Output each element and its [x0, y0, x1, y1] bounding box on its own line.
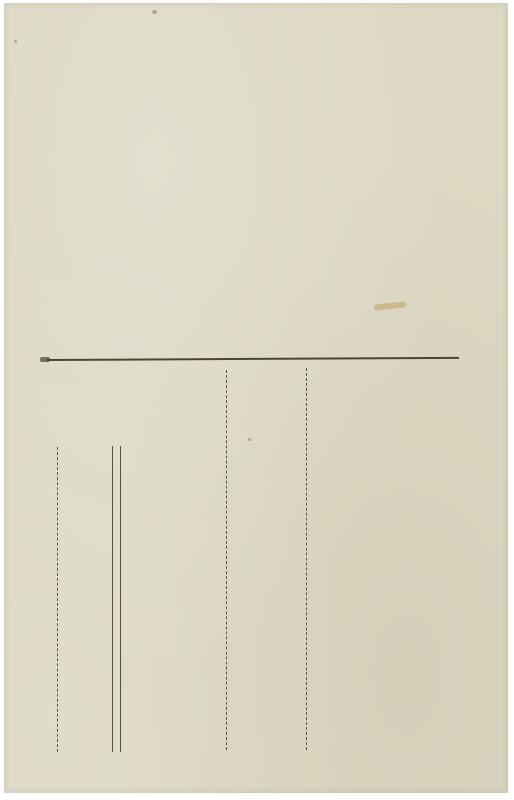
vertical-line-double-right	[120, 446, 121, 752]
vertical-line-double-left	[112, 446, 113, 752]
vertical-line-right-dashed	[306, 368, 307, 750]
paper-speck	[152, 10, 157, 14]
paper-speck	[14, 40, 17, 43]
postcard-back	[4, 3, 508, 793]
vertical-line-left-dashed	[57, 447, 58, 752]
paper-speck	[248, 438, 251, 441]
vertical-line-middle-dashed	[226, 370, 227, 750]
